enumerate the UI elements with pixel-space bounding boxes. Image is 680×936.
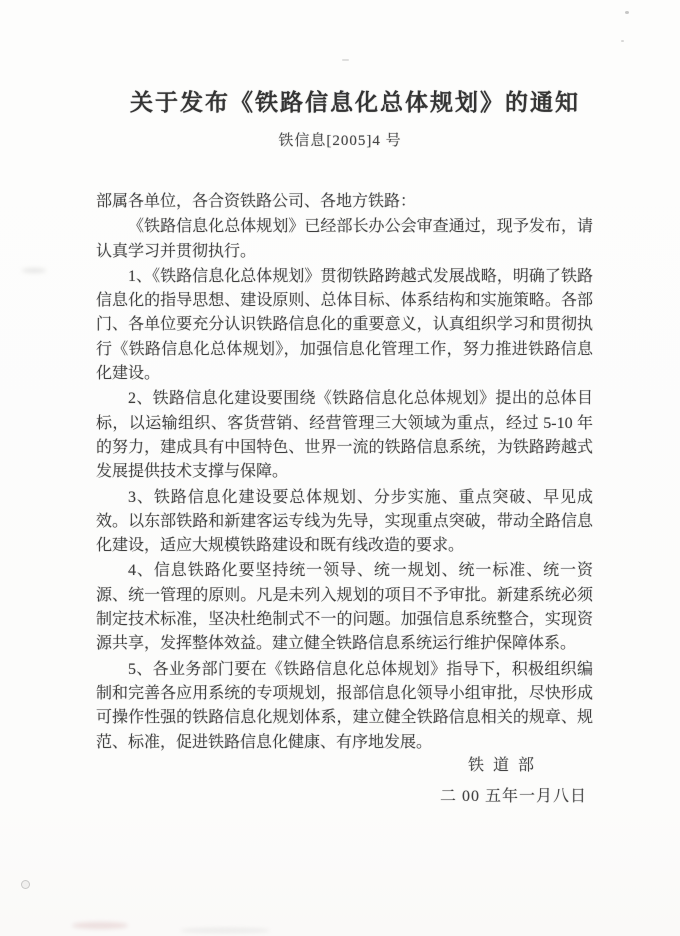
scan-speck xyxy=(625,11,629,14)
scan-smudge xyxy=(180,928,270,933)
paragraph: 1、《铁路信息化总体规划》贯彻铁路跨越式发展战略，明确了铁路信息化的指导思想、建… xyxy=(96,265,593,386)
document-body: 部属各单位，各合资铁路公司、各地方铁路： 《铁路信息化总体规划》已经部长办公会审… xyxy=(96,190,593,756)
scan-smudge xyxy=(22,268,46,273)
document-number: 铁信息[2005]4 号 xyxy=(0,129,680,150)
paragraph: 2、铁路信息化建设要围绕《铁路信息化总体规划》提出的总体目标，以运输组织、客货营… xyxy=(96,387,593,484)
scan-speck xyxy=(21,880,30,889)
paragraph: 4、信息铁路化要坚持统一领导、统一规划、统一标准、统一资源、统一管理的原则。凡是… xyxy=(96,559,593,656)
scanned-document-page: 关于发布《铁路信息化总体规划》的通知 铁信息[2005]4 号 部属各单位，各合… xyxy=(0,0,680,936)
paragraph: 3、铁路信息化建设要总体规划、分步实施、重点突破、早见成效。以东部铁路和新建客运… xyxy=(96,486,593,559)
signature-date: 二 00 五年一月八日 xyxy=(440,783,587,806)
signature-organization: 铁 道 部 xyxy=(468,752,535,775)
scan-smudge xyxy=(72,922,128,929)
paragraph: 5、各业务部门要在《铁路信息化总体规划》指导下，积极组织编制和完善各应用系统的专… xyxy=(96,658,593,755)
salutation-line: 部属各单位，各合资铁路公司、各地方铁路： xyxy=(96,190,593,214)
scan-speck xyxy=(342,59,349,61)
scan-speck xyxy=(621,40,624,42)
document-title: 关于发布《铁路信息化总体规划》的通知 xyxy=(0,84,680,117)
paragraph: 《铁路信息化总体规划》已经部长办公会审查通过，现予发布，请认真学习并贯彻执行。 xyxy=(96,215,593,264)
